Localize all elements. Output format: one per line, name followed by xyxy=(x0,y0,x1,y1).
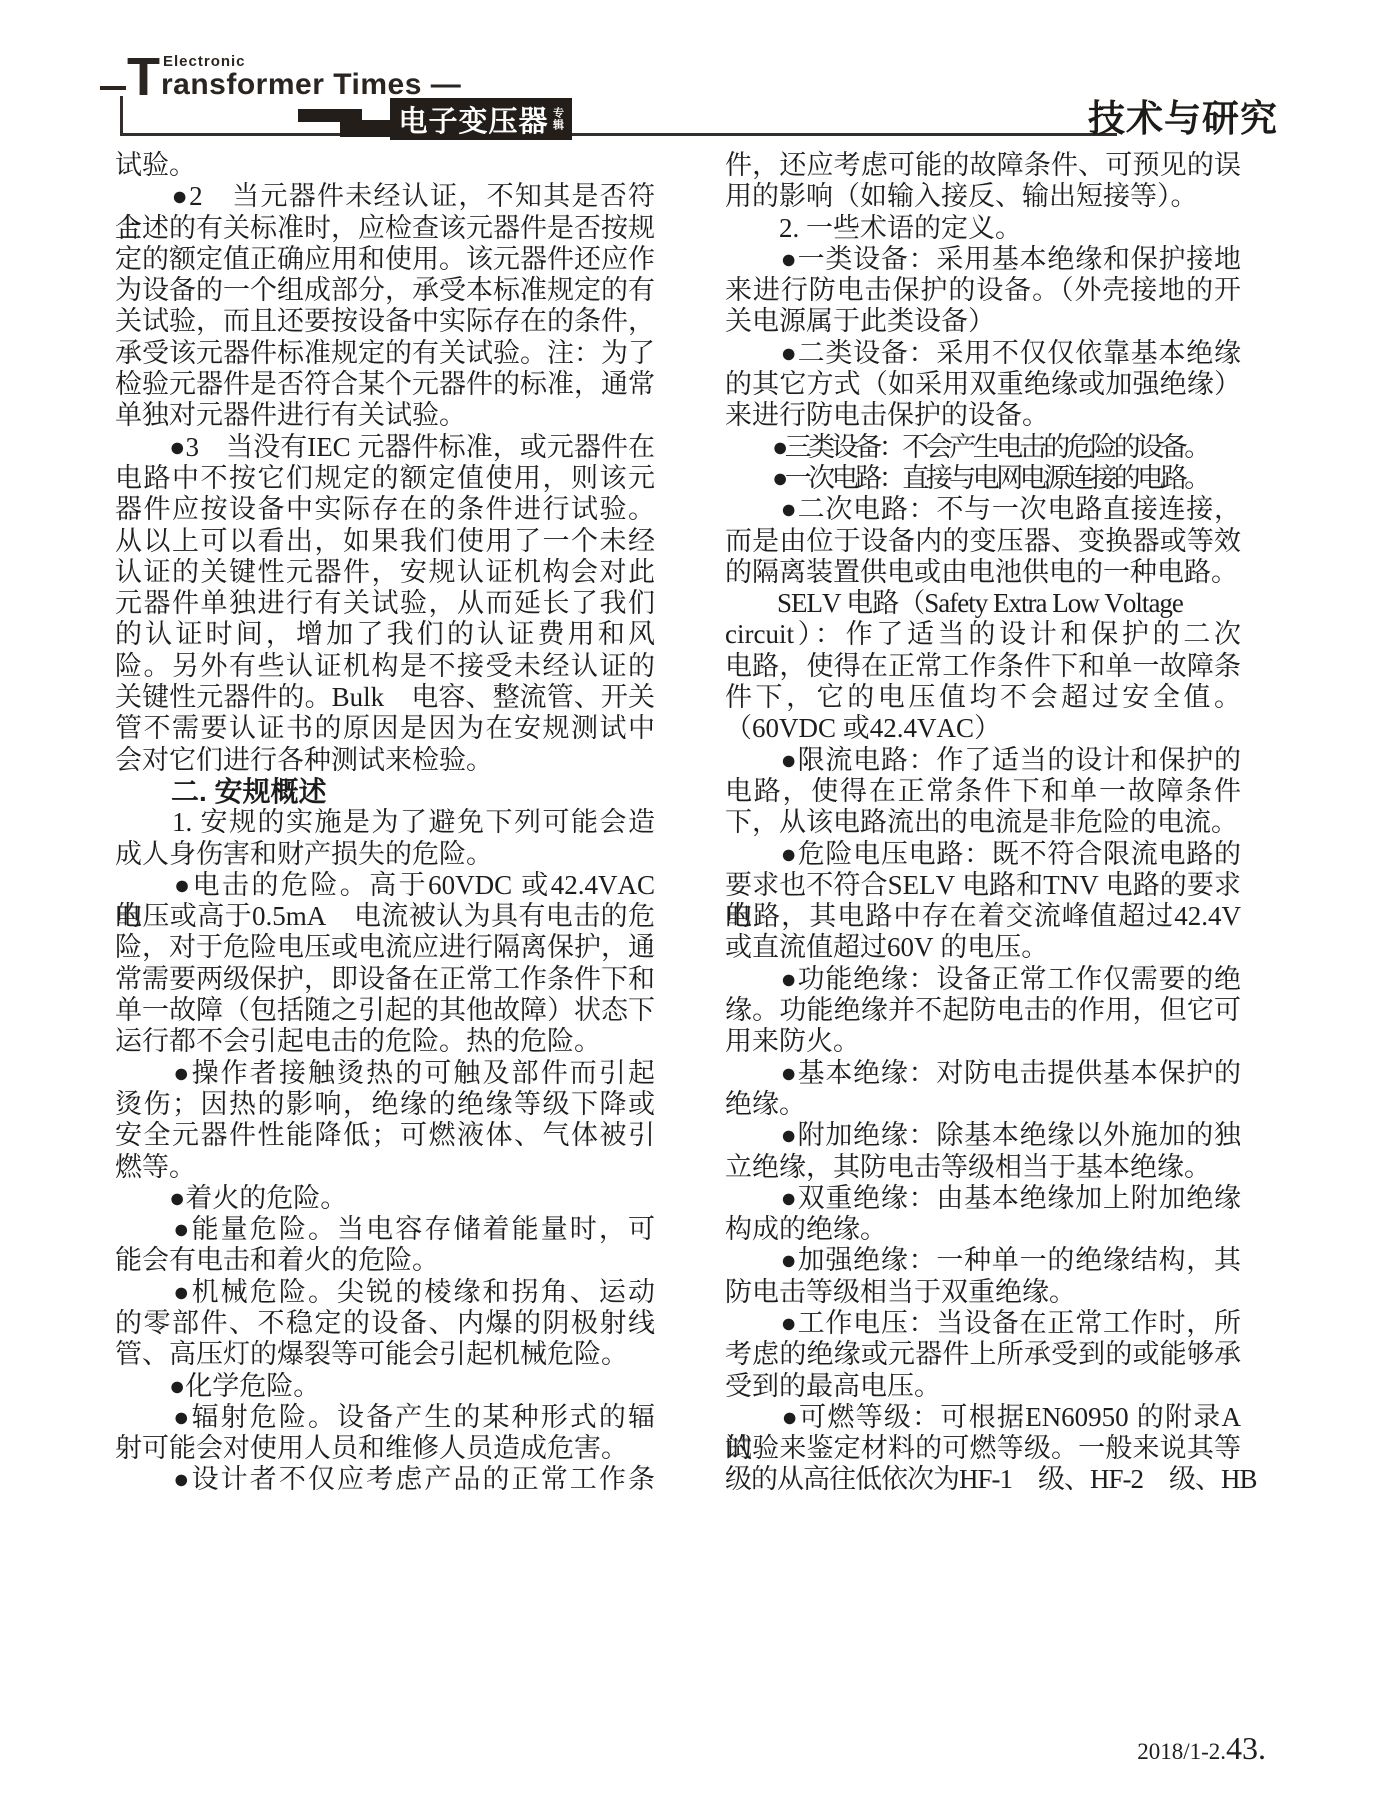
text-line: 用来防火。 xyxy=(725,1026,1241,1057)
text-line: 管不需要认证书的原因是因为在安规测试中 xyxy=(115,713,655,744)
banner-step-block xyxy=(340,120,394,137)
text-line: 或直流值超过60V 的电压。 xyxy=(725,932,1241,963)
text-line: 来进行防电击保护的设备。（外壳接地的开 xyxy=(725,275,1241,306)
corner-bracket-line xyxy=(120,96,123,136)
text-line: 关电源属于此类设备） xyxy=(725,306,1241,337)
text-line: ●危险电压电路：既不符合限流电路的 xyxy=(725,839,1241,870)
text-line: ●3 当没有IEC 元器件标准，或元器件在 xyxy=(115,432,655,463)
text-line: 安全元器件性能降低；可燃液体、气体被引 xyxy=(115,1120,655,1151)
banner-title: 电子变压器 xyxy=(398,99,548,140)
text-line: 要求也不符合SELV 电路和TNV 电路的要求的 xyxy=(725,870,1241,901)
text-line: 的隔离装置供电或由电池供电的一种电路。 xyxy=(725,557,1241,588)
text-line: ●基本绝缘：对防电击提供基本保护的 xyxy=(725,1058,1241,1089)
text-line: ●一类设备：采用基本绝缘和保护接地 xyxy=(725,244,1241,275)
text-line: 构成的绝缘。 xyxy=(725,1214,1241,1245)
text-line: 关试验，而且还要按设备中实际存在的条件， xyxy=(115,306,655,337)
text-line: 从以上可以看出，如果我们使用了一个未经 xyxy=(115,526,655,557)
text-line: ●附加绝缘：除基本绝缘以外施加的独 xyxy=(725,1120,1241,1151)
text-line: 能会有电击和着火的危险。 xyxy=(115,1245,655,1276)
text-line: 管、高压灯的爆裂等可能会引起机械危险。 xyxy=(115,1339,655,1370)
text-line: 燃等。 xyxy=(115,1152,655,1183)
text-line: 会对它们进行各种测试来检验。 xyxy=(115,745,655,776)
text-line: ●机械危险。尖锐的棱缘和拐角、运动 xyxy=(115,1277,655,1308)
text-line: ●双重绝缘：由基本绝缘加上附加绝缘 xyxy=(725,1183,1241,1214)
text-line: 的零部件、不稳定的设备、内爆的阴极射线 xyxy=(115,1308,655,1339)
text-line: 电路中不按它们规定的额定值使用，则该元 xyxy=(115,463,655,494)
text-line: 运行都不会引起电击的危险。热的危险。 xyxy=(115,1026,655,1057)
text-line: circuit）：作了适当的设计和保护的二次 xyxy=(725,619,1241,650)
text-line: 的认证时间，增加了我们的认证费用和风 xyxy=(115,619,655,650)
text-line: 用的影响（如输入接反、输出短接等）。 xyxy=(725,181,1241,212)
text-line: ●一次电路：直接与电网电源连接的电路。 xyxy=(725,463,1241,494)
text-line: 下，从该电路流出的电流是非危险的电流。 xyxy=(725,807,1241,838)
text-line: 而是由位于设备内的变压器、变换器或等效 xyxy=(725,526,1241,557)
text-line: 试验。 xyxy=(115,150,655,181)
text-line: 关键性元器件的。Bulk 电容、整流管、开关 xyxy=(115,682,655,713)
text-line: ●可燃等级：可根据EN60950 的附录A 的 xyxy=(725,1402,1241,1433)
text-line: ●电击的危险。高于60VDC 或42.4VAC 的 xyxy=(115,870,655,901)
text-line: ●三类设备：不会产生电击的危险的设备。 xyxy=(725,432,1241,463)
text-line: 的其它方式（如采用双重绝缘或加强绝缘） xyxy=(725,369,1241,400)
text-line: ●加强绝缘：一种单一的绝缘结构，其 xyxy=(725,1245,1241,1276)
text-line: 件，还应考虑可能的故障条件、可预见的误 xyxy=(725,150,1241,181)
logo-dash xyxy=(100,86,126,90)
text-line: 二. 安规概述 xyxy=(115,776,655,807)
column-left: 试验。 ●2 当元器件未经认证，不知其是否符合上述的有关标准时，应检查该元器件是… xyxy=(115,150,655,1496)
footer-issue: 2018/1-2. xyxy=(1137,1739,1226,1764)
text-line: 绝缘。 xyxy=(725,1089,1241,1120)
text-line: 电路，使得在正常条件下和单一故障条件 xyxy=(725,776,1241,807)
text-line: 电压或高于0.5mA 电流被认为具有电击的危 xyxy=(115,901,655,932)
text-line: 2. 一些术语的定义。 xyxy=(725,213,1241,244)
text-line: 受到的最高电压。 xyxy=(725,1371,1241,1402)
text-line: ●工作电压：当设备在正常工作时，所 xyxy=(725,1308,1241,1339)
text-line: 防电击等级相当于双重绝缘。 xyxy=(725,1277,1241,1308)
logo-initial-t: T xyxy=(127,50,160,104)
text-line: ●设计者不仅应考虑产品的正常工作条 xyxy=(115,1464,655,1495)
text-line: SELV 电路（Safety Extra Low Voltage xyxy=(725,588,1241,619)
text-line: 元器件单独进行有关试验，从而延长了我们 xyxy=(115,588,655,619)
text-line: 单一故障（包括随之引起的其他故障）状态下 xyxy=(115,995,655,1026)
text-line: 立绝缘，其防电击等级相当于基本绝缘。 xyxy=(725,1152,1241,1183)
text-line: 试验来鉴定材料的可燃等级。一般来说其等 xyxy=(725,1433,1241,1464)
text-line: 射可能会对使用人员和维修人员造成危害。 xyxy=(115,1433,655,1464)
text-line: 缘。功能绝缘并不起防电击的作用，但它可 xyxy=(725,995,1241,1026)
text-line: 成人身伤害和财产损失的危险。 xyxy=(115,839,655,870)
text-line: 为设备的一个组成部分，承受本标准规定的有 xyxy=(115,275,655,306)
text-line: ●限流电路：作了适当的设计和保护的 xyxy=(725,745,1241,776)
column-right: 件，还应考虑可能的故障条件、可预见的误用的影响（如输入接反、输出短接等）。 2.… xyxy=(725,150,1241,1496)
text-line: ●辐射危险。设备产生的某种形式的辐 xyxy=(115,1402,655,1433)
magazine-logo-title: ransformer Times — xyxy=(161,68,461,102)
text-line: 承受该元器件标准规定的有关试验。注：为了 xyxy=(115,338,655,369)
text-line: ●操作者接触烫热的可触及部件而引起 xyxy=(115,1058,655,1089)
header-rule xyxy=(120,133,1117,136)
text-line: 上述的有关标准时，应检查该元器件是否按规 xyxy=(115,213,655,244)
text-line: 单独对元器件进行有关试验。 xyxy=(115,400,655,431)
text-line: 考虑的绝缘或元器件上所承受到的或能够承 xyxy=(725,1339,1241,1370)
text-line: 定的额定值正确应用和使用。该元器件还应作 xyxy=(115,244,655,275)
magazine-page: T Electronic ransformer Times — 电子变压器 专辑… xyxy=(0,0,1380,1820)
text-line: 电路，其电路中存在着交流峰值超过42.4V xyxy=(725,901,1241,932)
text-line: 险，对于危险电压或电流应进行隔离保护，通 xyxy=(115,932,655,963)
text-line: 烫伤；因热的影响，绝缘的绝缘等级下降或 xyxy=(115,1089,655,1120)
text-line: ●能量危险。当电容存储着能量时，可 xyxy=(115,1214,655,1245)
text-line: ●功能绝缘：设备正常工作仅需要的绝 xyxy=(725,964,1241,995)
banner-subtitle: 专辑 xyxy=(552,107,564,131)
text-line: 器件应按设备中实际存在的条件进行试验。 xyxy=(115,494,655,525)
text-line: 电路，使得在正常工作条件下和单一故障条 xyxy=(725,651,1241,682)
text-line: 检验元器件是否符合某个元器件的标准，通常 xyxy=(115,369,655,400)
text-line: （60VDC 或42.4VAC） xyxy=(725,713,1241,744)
footer: 2018/1-2.43. xyxy=(1137,1730,1266,1767)
magazine-banner: 电子变压器 专辑 xyxy=(390,98,572,140)
text-line: 1. 安规的实施是为了避免下列可能会造 xyxy=(115,807,655,838)
text-line: ●2 当元器件未经认证，不知其是否符合 xyxy=(115,181,655,212)
text-line: ●二类设备：采用不仅仅依靠基本绝缘 xyxy=(725,338,1241,369)
text-line: 来进行防电击保护的设备。 xyxy=(725,400,1241,431)
text-line: 认证的关键性元器件，安规认证机构会对此 xyxy=(115,557,655,588)
text-line: ●化学危险。 xyxy=(115,1371,655,1402)
text-line: ●二次电路：不与一次电路直接连接， xyxy=(725,494,1241,525)
section-label: 技术与研究 xyxy=(1088,88,1278,142)
text-line: 险。另外有些认证机构是不接受未经认证的 xyxy=(115,651,655,682)
text-line: 常需要两级保护，即设备在正常工作条件下和 xyxy=(115,964,655,995)
text-line: 件下，它的电压值均不会超过安全值。 xyxy=(725,682,1241,713)
footer-page-number: 43. xyxy=(1226,1730,1266,1766)
text-line: ●着火的危险。 xyxy=(115,1183,655,1214)
text-line: 级的从高往低依次为HF-1 级、HF-2 级、HB xyxy=(725,1464,1241,1495)
